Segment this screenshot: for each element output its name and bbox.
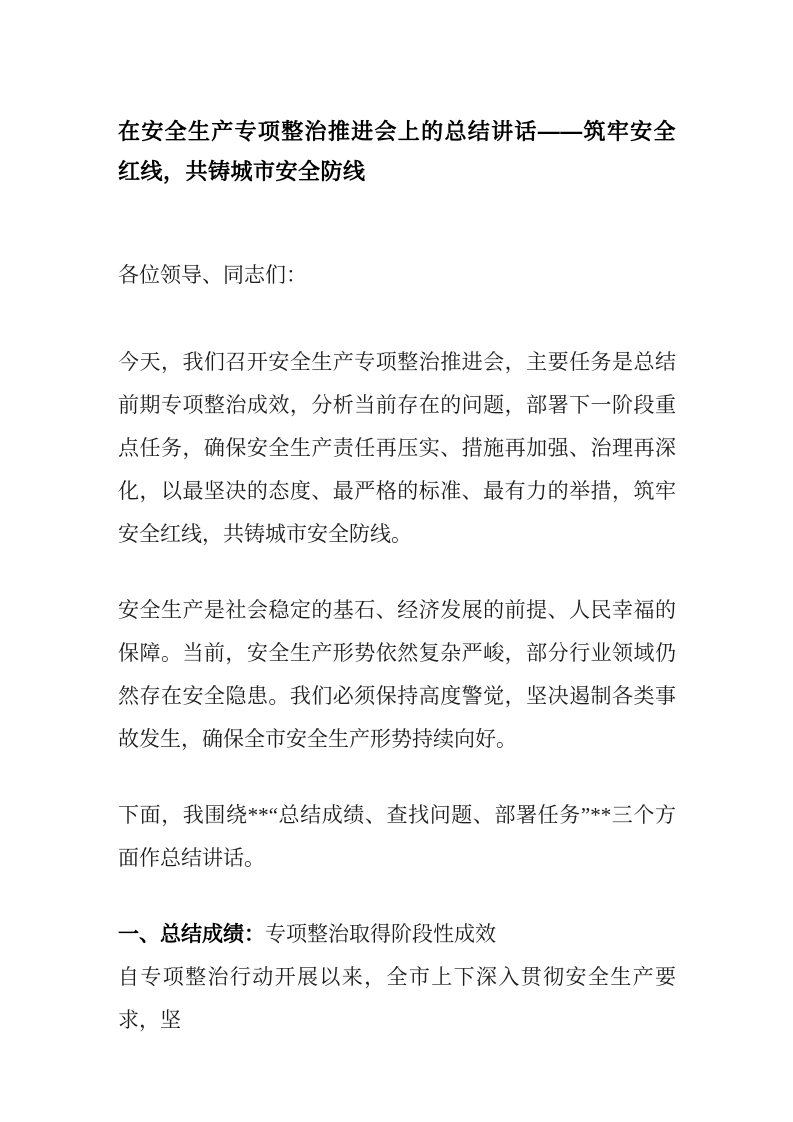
document-title: 在安全生产专项整治推进会上的总结讲话——筑牢安全红线，共铸城市安全防线 xyxy=(118,112,676,192)
greeting-line: 各位领导、同志们： xyxy=(118,254,676,297)
paragraph-section-body: 自专项整治行动开展以来，全市上下深入贯彻安全生产要求，坚 xyxy=(118,956,676,1042)
paragraph-meeting-purpose: 今天，我们召开安全生产专项整治推进会，主要任务是总结前期专项整治成效，分析当前存… xyxy=(118,341,676,556)
section-heading: 一、总结成绩：专项整治取得阶段性成效 xyxy=(118,913,676,956)
paragraph-speech-outline: 下面，我围绕**“总结成绩、查找问题、部署任务”**三个方面作总结讲话。 xyxy=(118,794,676,880)
section-heading-label: 一、总结成绩： xyxy=(118,922,265,946)
section-heading-text: 专项整治取得阶段性成效 xyxy=(265,922,496,946)
document-page: 在安全生产专项整治推进会上的总结讲话——筑牢安全红线，共铸城市安全防线 各位领导… xyxy=(0,0,793,1122)
paragraph-safety-importance: 安全生产是社会稳定的基石、经济发展的前提、人民幸福的保障。当前，安全生产形势依然… xyxy=(118,589,676,761)
